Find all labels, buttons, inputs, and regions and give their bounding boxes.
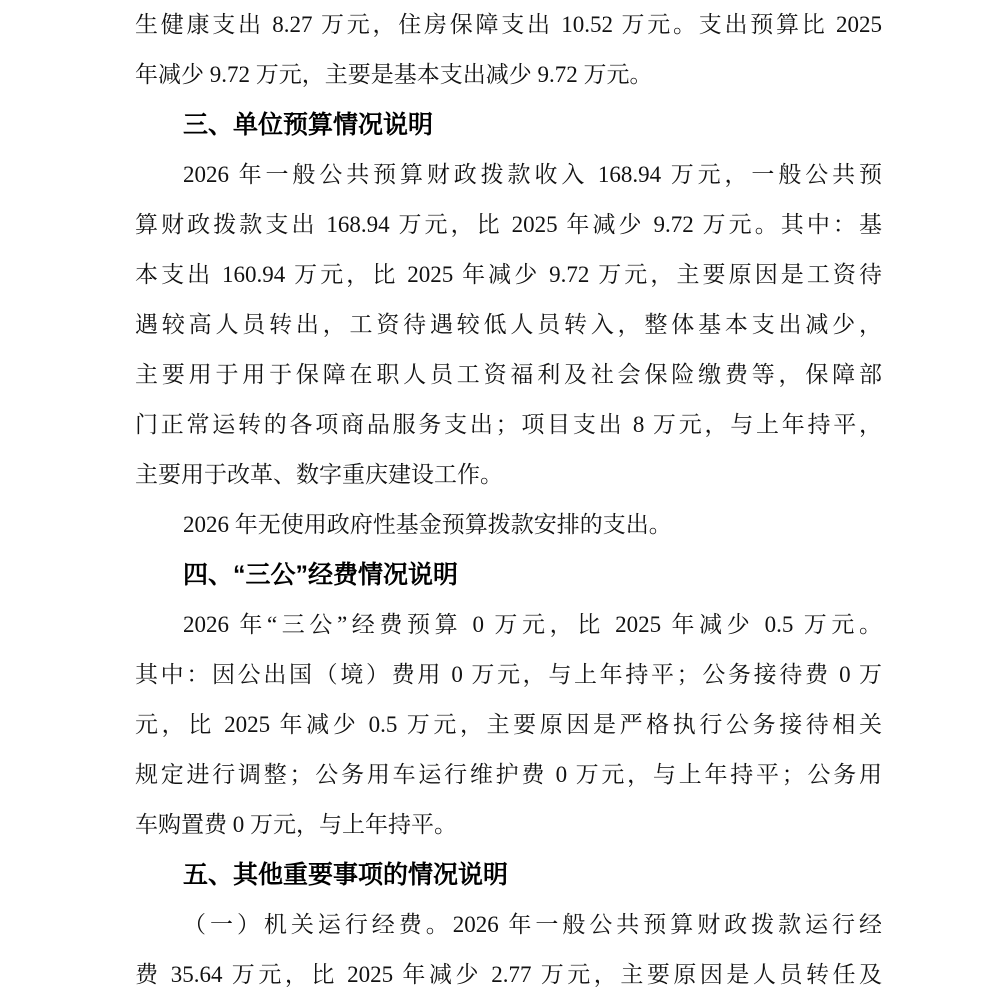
text-line: 算财政拨款支出 168.94 万元，比 2025 年减少 9.72 万元。其中：… (135, 200, 882, 250)
text-line: 2026 年一般公共预算财政拨款收入 168.94 万元，一般公共预 (135, 150, 882, 200)
text-line: 年减少 9.72 万元，主要是基本支出减少 9.72 万元。 (135, 50, 882, 100)
text-line: 其中：因公出国（境）费用 0 万元，与上年持平；公务接待费 0 万 (135, 650, 882, 700)
text-block: 生健康支出 8.27 万元，住房保障支出 10.52 万元。支出预算比 2025… (135, 0, 882, 1000)
text-line: 2026 年无使用政府性基金预算拨款安排的支出。 (135, 500, 882, 550)
text-line: 费 35.64 万元，比 2025 年减少 2.77 万元，主要原因是人员转任及 (135, 950, 882, 1000)
section-heading: 四、“三公”经费情况说明 (135, 550, 882, 600)
text-line: 规定进行调整；公务用车运行维护费 0 万元，与上年持平；公务用 (135, 750, 882, 800)
text-line: 元，比 2025 年减少 0.5 万元，主要原因是严格执行公务接待相关 (135, 700, 882, 750)
text-line: 2026 年“三公”经费预算 0 万元，比 2025 年减少 0.5 万元。 (135, 600, 882, 650)
text-line: 本支出 160.94 万元，比 2025 年减少 9.72 万元，主要原因是工资… (135, 250, 882, 300)
text-line: 主要用于改革、数字重庆建设工作。 (135, 450, 882, 500)
section-heading: 三、单位预算情况说明 (135, 100, 882, 150)
text-line: 车购置费 0 万元，与上年持平。 (135, 800, 882, 850)
document-page: 生健康支出 8.27 万元，住房保障支出 10.52 万元。支出预算比 2025… (0, 0, 1000, 1003)
section-heading: 五、其他重要事项的情况说明 (135, 850, 882, 900)
text-line: 主要用于用于保障在职人员工资福利及社会保险缴费等，保障部 (135, 350, 882, 400)
text-line: 遇较高人员转出，工资待遇较低人员转入，整体基本支出减少， (135, 300, 882, 350)
text-line: 生健康支出 8.27 万元，住房保障支出 10.52 万元。支出预算比 2025 (135, 0, 882, 50)
text-line: 门正常运转的各项商品服务支出；项目支出 8 万元，与上年持平， (135, 400, 882, 450)
text-line: （一）机关运行经费。2026 年一般公共预算财政拨款运行经 (135, 900, 882, 950)
